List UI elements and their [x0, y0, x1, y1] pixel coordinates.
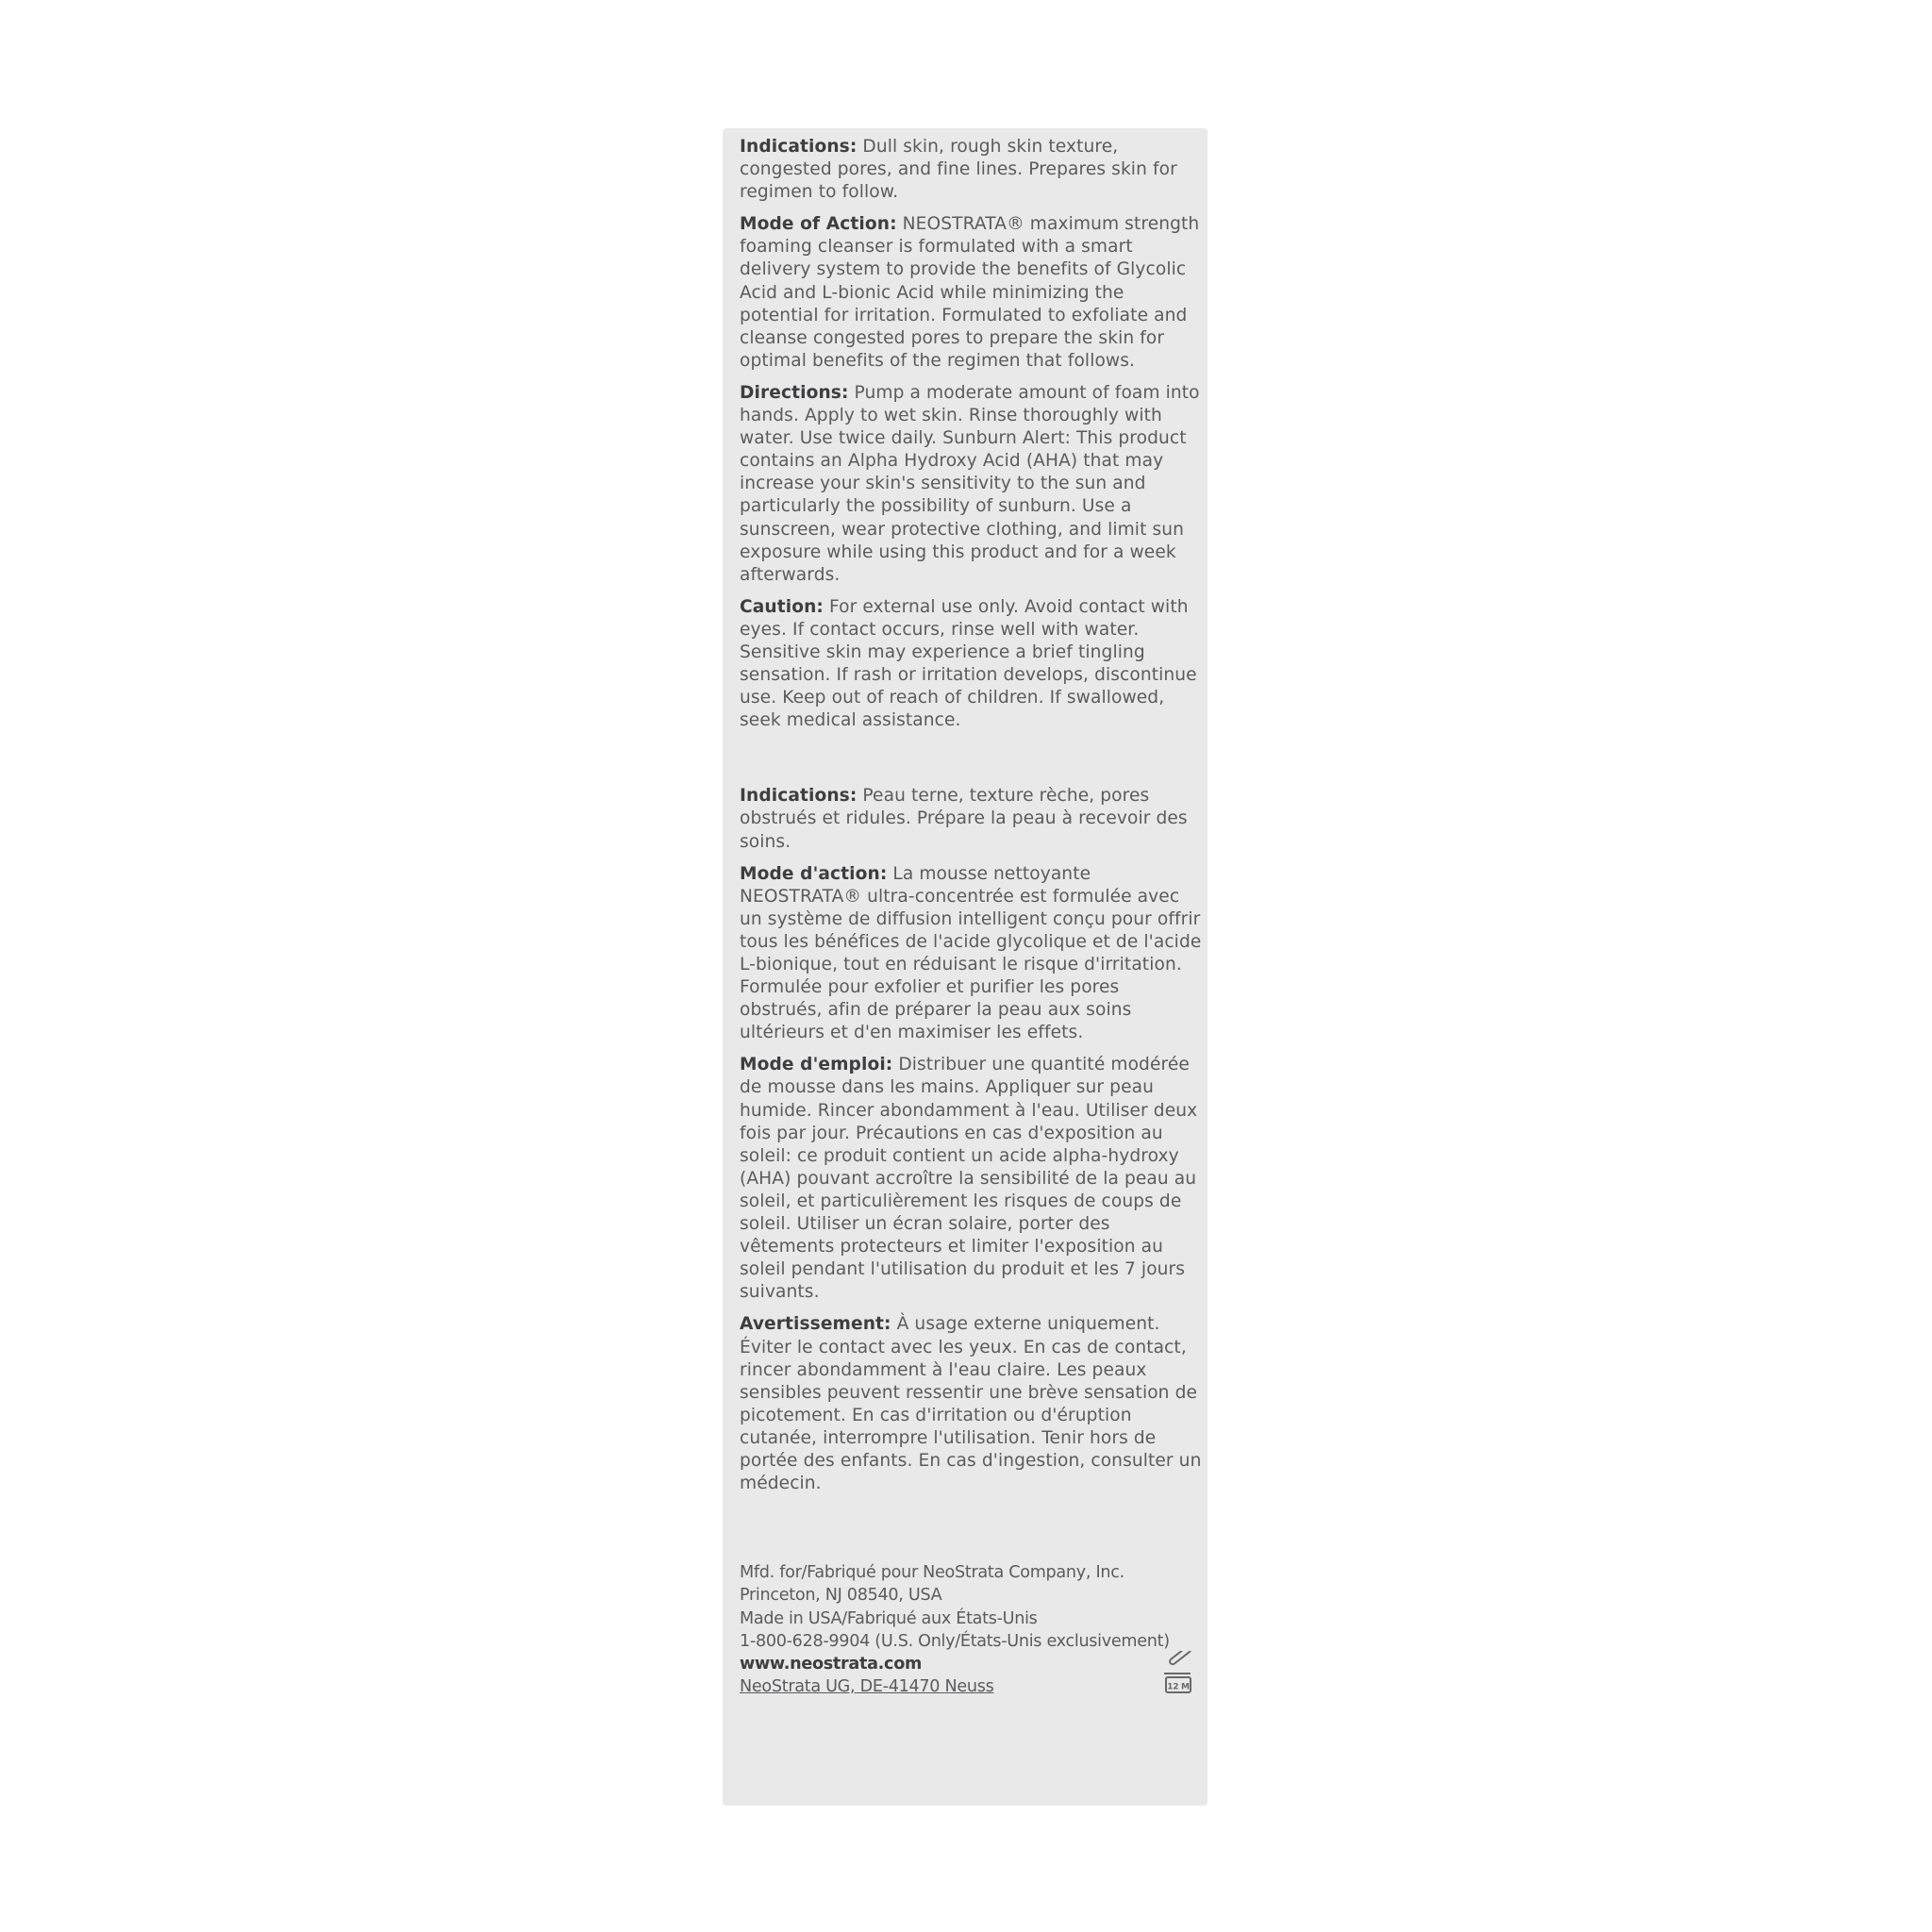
- fr-avertissement: Avertissement: À usage externe uniquemen…: [740, 1313, 1202, 1495]
- en-caution: Caution: For external use only. Avoid co…: [740, 596, 1202, 733]
- made-in-line: Made in USA/Fabriqué aux États-Unis: [740, 1607, 1202, 1630]
- footer-gap: [740, 1505, 1202, 1561]
- en-mode-of-action-text: NEOSTRATA® maximum strength foaming clea…: [740, 214, 1199, 371]
- fr-mode-action: Mode d'action: La mousse nettoyante NEOS…: [740, 863, 1202, 1045]
- manufacturer-footer: Mfd. for/Fabriqué pour NeoStrata Company…: [740, 1561, 1202, 1698]
- website-link[interactable]: www.neostrata.com: [740, 1653, 1202, 1675]
- fr-mode-emploi-text: Distribuer une quantité modérée de mouss…: [740, 1055, 1197, 1302]
- fr-mode-action-label: Mode d'action:: [740, 864, 887, 884]
- en-indications-label: Indications:: [740, 137, 857, 157]
- eu-representative-address: NeoStrata UG, DE-41470 Neuss: [740, 1675, 1202, 1698]
- phone-line: 1-800-628-9904 (U.S. Only/États-Unis exc…: [740, 1630, 1202, 1653]
- en-indications: Indications: Dull skin, rough skin textu…: [740, 136, 1202, 204]
- product-label-panel: Indications: Dull skin, rough skin textu…: [723, 128, 1207, 1806]
- en-directions-text: Pump a moderate amount of foam into hand…: [740, 383, 1200, 585]
- fr-mode-emploi-label: Mode d'emploi:: [740, 1055, 892, 1074]
- en-caution-label: Caution:: [740, 597, 824, 617]
- fr-indications: Indications: Peau terne, texture rèche, …: [740, 785, 1202, 853]
- fr-avertissement-text: À usage externe uniquement. Éviter le co…: [740, 1314, 1201, 1493]
- manufacturer-address: Princeton, NJ 08540, USA: [740, 1584, 1202, 1607]
- manufacturer-line: Mfd. for/Fabriqué pour NeoStrata Company…: [740, 1561, 1202, 1584]
- language-divider-gap: [740, 741, 1202, 785]
- fr-indications-label: Indications:: [740, 786, 857, 806]
- en-directions: Directions: Pump a moderate amount of fo…: [740, 382, 1202, 587]
- en-directions-label: Directions:: [740, 383, 849, 403]
- en-mode-of-action: Mode of Action: NEOSTRATA® maximum stren…: [740, 213, 1202, 373]
- fr-mode-action-text: La mousse nettoyante NEOSTRATA® ultra-co…: [740, 864, 1201, 1043]
- en-caution-text: For external use only. Avoid contact wit…: [740, 597, 1197, 730]
- open-jar-icon: 12 M: [1158, 1651, 1196, 1696]
- en-mode-of-action-label: Mode of Action:: [740, 214, 897, 234]
- pao-label: 12 M: [1167, 1683, 1190, 1692]
- fr-mode-emploi: Mode d'emploi: Distribuer une quantité m…: [740, 1054, 1202, 1304]
- fr-avertissement-label: Avertissement:: [740, 1314, 891, 1334]
